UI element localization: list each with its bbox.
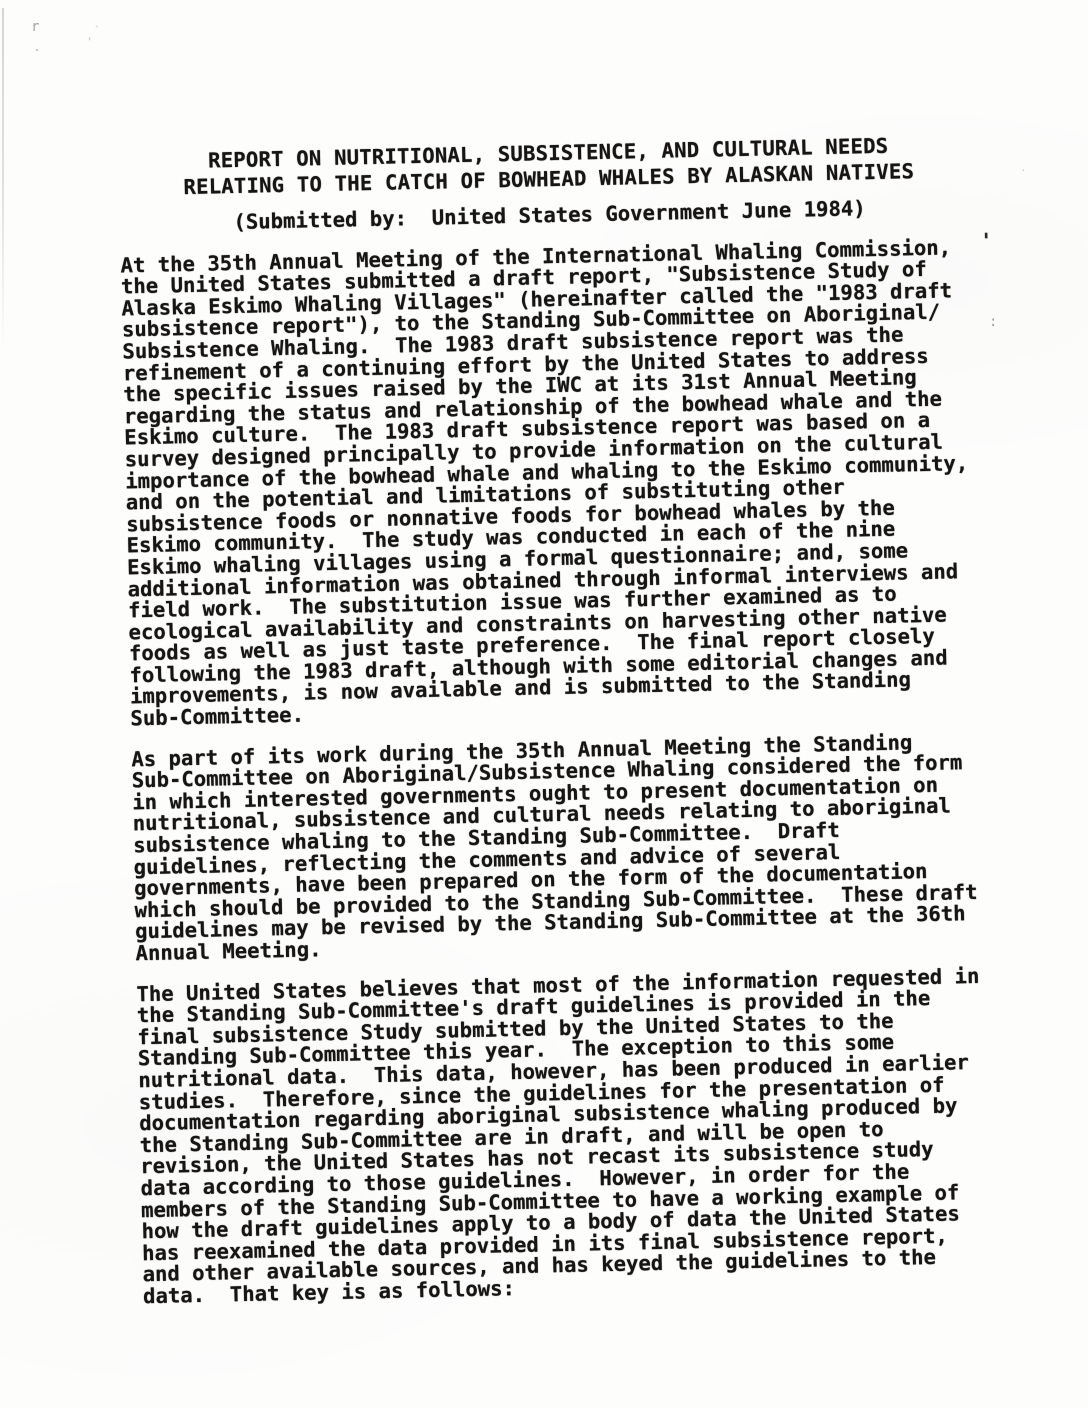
scan-speck: . [33, 41, 41, 54]
paragraph-3: The United States believes that most of … [136, 965, 1003, 1308]
document-page: r ` . ' . REPORT ON NUTRITIONAL, SUBSIST… [0, 0, 1088, 1408]
scan-edge-artifact [2, 8, 4, 353]
stray-apostrophe-mark: ' [980, 229, 993, 253]
paragraph-1: At the 35th Annual Meeting of the Intern… [120, 236, 990, 730]
scan-speck: ` [94, 25, 101, 36]
paragraph-2: As part of its work during the 35th Annu… [131, 730, 996, 965]
stray-colon-mark: : [989, 314, 997, 330]
document-title: REPORT ON NUTRITIONAL, SUBSISTENCE, AND … [118, 131, 979, 202]
scan-speck: ' [86, 36, 93, 48]
document-body: REPORT ON NUTRITIONAL, SUBSISTENCE, AND … [118, 131, 1003, 1308]
scan-speck: . [1020, 162, 1027, 173]
submitted-by-line: (Submitted by: United States Government … [119, 196, 979, 236]
scan-speck: r [31, 20, 39, 34]
